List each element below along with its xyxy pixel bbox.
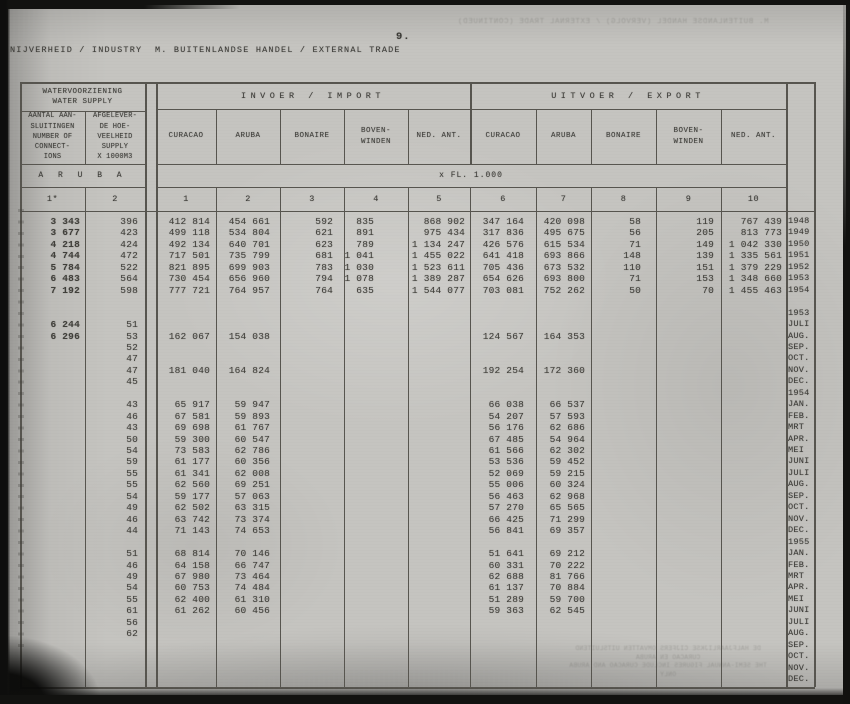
row-label: SEP. <box>788 491 815 502</box>
table-cell: 45 <box>85 376 138 387</box>
table-cell: 59 300 <box>156 434 210 445</box>
row-label: JULI <box>788 468 815 479</box>
table-line <box>216 187 217 687</box>
table-cell: 347 164 <box>470 216 524 227</box>
table-line <box>536 187 537 687</box>
table-cell: 703 081 <box>470 285 524 296</box>
table-row: 4667 58159 89354 20757 593FEB. <box>8 411 838 422</box>
table-cell: 43 <box>85 422 138 433</box>
table-cell: 73 374 <box>216 514 270 525</box>
table-cell: 60 356 <box>216 456 270 467</box>
table-cell: 65 917 <box>156 399 210 410</box>
table-cell: 54 <box>85 445 138 456</box>
col-number-10: 10 <box>721 187 786 211</box>
unit-label: x FL. 1.000 <box>156 164 786 187</box>
photo-edge-right <box>843 0 850 704</box>
table-cell: 752 262 <box>536 285 585 296</box>
table-cell: 764 957 <box>216 285 270 296</box>
col-number-8: 8 <box>591 187 656 211</box>
table-line <box>20 111 145 112</box>
table-cell: 6 244 <box>20 319 80 330</box>
col-header-import-bonaire: BONAIRE <box>280 109 344 164</box>
table-row: 62AUG. <box>8 628 838 639</box>
table-cell: 59 <box>85 456 138 467</box>
table-cell: 6 483 <box>20 273 80 284</box>
table-cell: 164 353 <box>536 331 585 342</box>
table-row: 3 677423499 118534 804621891975 434317 8… <box>8 227 838 238</box>
table-cell: 681 <box>280 250 333 261</box>
table-cell: 69 251 <box>216 479 270 490</box>
table-cell: 891 <box>344 227 374 238</box>
table-row: 4365 91759 94766 03866 537JAN. <box>8 399 838 410</box>
table-line <box>408 187 409 687</box>
table-cell: 59 363 <box>470 605 524 616</box>
row-label: SEP. <box>788 342 815 353</box>
table-cell: 62 786 <box>216 445 270 456</box>
table-cell: 640 701 <box>216 239 270 250</box>
table-line <box>721 187 722 687</box>
table-cell: 62 302 <box>536 445 585 456</box>
row-label: OCT. <box>788 502 815 513</box>
table-cell: 55 006 <box>470 479 524 490</box>
table-cell: 62 502 <box>156 502 210 513</box>
table-cell: 44 <box>85 525 138 536</box>
table-cell: 172 360 <box>536 365 585 376</box>
row-label: 1951 <box>788 250 815 261</box>
col-number-3: 3 <box>280 187 344 211</box>
table-row: 5 784522821 895699 9037831 0301 523 6117… <box>8 262 838 273</box>
photo-edge-bottom <box>0 695 850 704</box>
table-cell: 62 686 <box>536 422 585 433</box>
table-cell: 641 418 <box>470 250 524 261</box>
table-cell: 181 040 <box>156 365 210 376</box>
table-cell: 46 <box>85 411 138 422</box>
table-cell: 705 436 <box>470 262 524 273</box>
table-cell: 1 335 561 <box>721 250 782 261</box>
table-cell: 1 134 247 <box>408 239 465 250</box>
table-cell: 635 <box>344 285 374 296</box>
table-cell: 62 400 <box>156 594 210 605</box>
bleedthrough-line-2: THE SEMI-ANNUAL FIGURES INCLUDE CURACAO … <box>568 662 768 679</box>
table-cell: 412 814 <box>156 216 210 227</box>
table-line <box>656 109 657 164</box>
row-label: MRT <box>788 422 815 433</box>
table-cell: 70 <box>656 285 714 296</box>
table-line <box>156 187 786 188</box>
table-cell: 54 <box>85 491 138 502</box>
table-row: 52SEP. <box>8 342 838 353</box>
table-line <box>20 211 815 212</box>
table-row: 5562 40061 31051 28959 700MEI <box>8 594 838 605</box>
bleedthrough-bottom-text: DE HALFJAARLIJKSE CIJFERS OMVATTEN UITSL… <box>568 645 768 679</box>
export-title: UITVOER / EXPORT <box>470 84 786 108</box>
table-cell: 764 <box>280 285 333 296</box>
table-cell: 66 425 <box>470 514 524 525</box>
table-line <box>156 164 786 165</box>
table-line <box>344 109 345 164</box>
col-header-export-bonaire: BONAIRE <box>591 109 656 164</box>
table-cell: 835 <box>344 216 374 227</box>
table-cell: 55 <box>85 479 138 490</box>
col-header-export-ned-ant: NED. ANT. <box>721 109 786 164</box>
table-cell: 70 884 <box>536 582 585 593</box>
row-label: APR. <box>788 434 815 445</box>
table-line <box>408 109 409 164</box>
table-cell: 139 <box>656 250 714 261</box>
table-cell: 205 <box>656 227 714 238</box>
table-cell: 56 463 <box>470 491 524 502</box>
table-cell: 1 078 <box>344 273 374 284</box>
table-cell: 51 <box>85 319 138 330</box>
table-row: 5168 81470 14651 64169 212JAN. <box>8 548 838 559</box>
table-cell: 151 <box>656 262 714 273</box>
table-row: 3 343396412 814454 661592835868 902347 1… <box>8 216 838 227</box>
table-cell: 61 767 <box>216 422 270 433</box>
table-cell: 6 296 <box>20 331 80 342</box>
col-header-import-aruba: ARUBA <box>216 109 280 164</box>
table-cell: 59 177 <box>156 491 210 502</box>
table-cell: 43 <box>85 399 138 410</box>
table-line <box>470 187 471 687</box>
import-title: INVOER / IMPORT <box>156 84 470 108</box>
table-cell: 50 <box>85 434 138 445</box>
table-cell: 654 626 <box>470 273 524 284</box>
table-cell: 53 536 <box>470 456 524 467</box>
table-cell: 621 <box>280 227 333 238</box>
table-cell: 1 348 660 <box>721 273 782 284</box>
table-cell: 110 <box>591 262 641 273</box>
table-cell: 46 <box>85 514 138 525</box>
table-cell: 162 067 <box>156 331 210 342</box>
table-cell: 1 041 <box>344 250 374 261</box>
table-cell: 153 <box>656 273 714 284</box>
table-cell: 61 177 <box>156 456 210 467</box>
table-cell: 699 903 <box>216 262 270 273</box>
table-row: 4 744472717 501735 7996811 0411 455 0226… <box>8 250 838 261</box>
table-cell: 74 653 <box>216 525 270 536</box>
table-cell: 767 439 <box>721 216 782 227</box>
table-cell: 47 <box>85 353 138 364</box>
table-cell: 55 <box>85 594 138 605</box>
table-cell: 789 <box>344 239 374 250</box>
table-row: 5473 58362 78661 56662 302MEI <box>8 445 838 456</box>
table-cell: 148 <box>591 250 641 261</box>
col-header-import-bovenwinden: BOVEN- WINDEN <box>344 109 408 164</box>
table-cell: 57 593 <box>536 411 585 422</box>
table-line <box>280 187 281 687</box>
table-cell: 53 <box>85 331 138 342</box>
row-label: 1955 <box>788 537 815 548</box>
table-row: 1955 <box>8 537 838 548</box>
row-label: DEC. <box>788 376 815 387</box>
table-cell: 522 <box>85 262 138 273</box>
row-label: AUG. <box>788 628 815 639</box>
table-cell: 51 <box>85 548 138 559</box>
table-cell: 59 215 <box>536 468 585 479</box>
table-row: 4 218424492 134640 7016237891 134 247426… <box>8 239 838 250</box>
table-cell: 62 968 <box>536 491 585 502</box>
table-cell: 73 583 <box>156 445 210 456</box>
table-cell: 60 331 <box>470 560 524 571</box>
table-cell: 66 038 <box>470 399 524 410</box>
row-label: 1953 <box>788 308 815 319</box>
table-cell: 1 030 <box>344 262 374 273</box>
col-number-5: 5 <box>408 187 470 211</box>
table-cell: 454 661 <box>216 216 270 227</box>
table-cell: 59 893 <box>216 411 270 422</box>
row-label: NOV. <box>788 365 815 376</box>
table-cell: 70 222 <box>536 560 585 571</box>
table-cell: 598 <box>85 285 138 296</box>
row-label: MEI <box>788 594 815 605</box>
col-header-import-curacao: CURACAO <box>156 109 216 164</box>
table-cell: 592 <box>280 216 333 227</box>
table-cell: 1 523 611 <box>408 262 465 273</box>
table-row: 47181 040164 824192 254172 360NOV. <box>8 365 838 376</box>
table-cell: 46 <box>85 560 138 571</box>
table-row: 5562 56069 25155 00660 324AUG. <box>8 479 838 490</box>
table-cell: 3 343 <box>20 216 80 227</box>
region-label-aruba: A R U B A <box>20 164 145 187</box>
table-cell: 64 158 <box>156 560 210 571</box>
table-row: 1954 <box>8 388 838 399</box>
table-cell: 1 389 287 <box>408 273 465 284</box>
table-cell: 1 042 330 <box>721 239 782 250</box>
table-cell: 71 <box>591 239 641 250</box>
table-cell: 56 841 <box>470 525 524 536</box>
table-row: 5460 75374 48461 13770 884APR. <box>8 582 838 593</box>
table-cell: 61 566 <box>470 445 524 456</box>
table-row: 1953 <box>8 308 838 319</box>
col-header-connections: AANTAL AAN- SLUITINGEN NUMBER OF CONNECT… <box>21 111 84 163</box>
table-cell: 81 766 <box>536 571 585 582</box>
water-supply-title: WATERVOORZIENING WATER SUPPLY <box>20 84 145 110</box>
table-cell: 60 547 <box>216 434 270 445</box>
table-line <box>20 82 815 84</box>
col-number-9: 9 <box>656 187 721 211</box>
table-line <box>216 109 217 164</box>
table-cell: 57 270 <box>470 502 524 513</box>
table-line <box>470 82 472 164</box>
table-cell: 426 576 <box>470 239 524 250</box>
table-cell: 52 <box>85 342 138 353</box>
table-row: 7 192598777 721764 9577646351 544 077703… <box>8 285 838 296</box>
table-cell: 164 824 <box>216 365 270 376</box>
table-cell: 975 434 <box>408 227 465 238</box>
table-cell: 61 262 <box>156 605 210 616</box>
table-row: 5059 30060 54767 48554 964APR. <box>8 434 838 445</box>
table-cell: 62 545 <box>536 605 585 616</box>
col-header-supply: AFGELEVER- DE HOE- VEELHEID SUPPLY X 100… <box>86 111 144 163</box>
row-label: MEI <box>788 445 815 456</box>
table-line <box>656 187 657 687</box>
table-cell: 717 501 <box>156 250 210 261</box>
bleedthrough-line-1: DE HALFJAARLIJKSE CIJFERS OMVATTEN UITSL… <box>568 645 768 662</box>
col-number-7: 7 <box>536 187 591 211</box>
table-cell: 47 <box>85 365 138 376</box>
table-line <box>156 82 158 687</box>
row-label: FEB. <box>788 560 815 571</box>
table-cell: 1 455 022 <box>408 250 465 261</box>
row-label: 1954 <box>788 388 815 399</box>
row-label: 1953 <box>788 273 815 284</box>
col-header-export-bovenwinden: BOVEN- WINDEN <box>656 109 721 164</box>
table-cell: 4 218 <box>20 239 80 250</box>
row-label: JULI <box>788 617 815 628</box>
table-cell: 66 747 <box>216 560 270 571</box>
table-cell: 396 <box>85 216 138 227</box>
col-header-export-aruba: ARUBA <box>536 109 591 164</box>
table-line <box>591 109 592 164</box>
table-cell: 54 207 <box>470 411 524 422</box>
table-row: 47OCT. <box>8 353 838 364</box>
table-cell: 57 063 <box>216 491 270 502</box>
table-line <box>536 109 537 164</box>
row-label: NOV. <box>788 514 815 525</box>
table-cell: 777 721 <box>156 285 210 296</box>
table-row: 5961 17760 35653 53659 452JUNI <box>8 456 838 467</box>
table-cell: 424 <box>85 239 138 250</box>
row-label: JUNI <box>788 605 815 616</box>
row-label: DEC. <box>788 674 815 685</box>
table-cell: 49 <box>85 571 138 582</box>
table-cell: 534 804 <box>216 227 270 238</box>
table-cell: 51 289 <box>470 594 524 605</box>
table-cell: 74 484 <box>216 582 270 593</box>
table-cell: 813 773 <box>721 227 782 238</box>
table-row: 4664 15866 74760 33170 222FEB. <box>8 560 838 571</box>
table-cell: 56 176 <box>470 422 524 433</box>
table-cell: 730 454 <box>156 273 210 284</box>
table-line <box>145 82 147 687</box>
row-label: JUNI <box>788 456 815 467</box>
table-cell: 69 357 <box>536 525 585 536</box>
table-row: 6 29653162 067154 038124 567164 353AUG. <box>8 331 838 342</box>
table-cell: 63 315 <box>216 502 270 513</box>
table-cell: 423 <box>85 227 138 238</box>
table-cell: 1 544 077 <box>408 285 465 296</box>
col-number-6: 6 <box>470 187 536 211</box>
row-label: JAN. <box>788 548 815 559</box>
table-cell: 71 299 <box>536 514 585 525</box>
table-cell: 67 980 <box>156 571 210 582</box>
binding-edge-left <box>0 0 10 704</box>
row-label: 1948 <box>788 216 815 227</box>
row-label: 1949 <box>788 227 815 238</box>
table-line <box>85 187 86 687</box>
table-cell: 62 688 <box>470 571 524 582</box>
col-number-1s: 1* <box>20 187 85 211</box>
table-cell: 564 <box>85 273 138 284</box>
table-cell: 49 <box>85 502 138 513</box>
table-cell: 1 455 463 <box>721 285 782 296</box>
row-label: 1950 <box>788 239 815 250</box>
table-cell: 693 866 <box>536 250 585 261</box>
table-line <box>591 187 592 687</box>
table-cell: 54 964 <box>536 434 585 445</box>
table-cell: 54 <box>85 582 138 593</box>
table-cell: 58 <box>591 216 641 227</box>
table-line <box>344 187 345 687</box>
table-row: 4663 74273 37466 42571 299NOV. <box>8 514 838 525</box>
table-cell: 56 <box>85 617 138 628</box>
table-row: 6161 26260 45659 36362 545JUNI <box>8 605 838 616</box>
table-cell: 59 700 <box>536 594 585 605</box>
table-cell: 149 <box>656 239 714 250</box>
row-label: JULI <box>788 319 815 330</box>
page: M. BUITENLANDSE HANDEL (VERVOLG) / EXTER… <box>8 4 846 698</box>
table-cell: 61 341 <box>156 468 210 479</box>
left-edge-smudges <box>18 209 24 649</box>
row-label: SEP. <box>788 640 815 651</box>
table-cell: 55 <box>85 468 138 479</box>
table-row: 4471 14374 65356 84169 357DEC. <box>8 525 838 536</box>
table-line <box>814 82 816 687</box>
data-table: WATERVOORZIENING WATER SUPPLY AANTAL AAN… <box>8 4 846 698</box>
table-cell: 66 537 <box>536 399 585 410</box>
table-cell: 52 069 <box>470 468 524 479</box>
table-cell: 71 143 <box>156 525 210 536</box>
table-cell: 5 784 <box>20 262 80 273</box>
table-cell: 735 799 <box>216 250 270 261</box>
row-label: OCT. <box>788 353 815 364</box>
table-row: 45DEC. <box>8 376 838 387</box>
table-row: 4369 69861 76756 17662 686MRT <box>8 422 838 433</box>
table-cell: 623 <box>280 239 333 250</box>
table-cell: 59 947 <box>216 399 270 410</box>
table-row: 4962 50263 31557 27065 565OCT. <box>8 502 838 513</box>
photo-edge-top-left <box>0 0 240 9</box>
row-label: AUG. <box>788 331 815 342</box>
table-cell: 56 <box>591 227 641 238</box>
table-cell: 61 310 <box>216 594 270 605</box>
table-cell: 62 008 <box>216 468 270 479</box>
table-row: 56JULI <box>8 617 838 628</box>
table-cell: 3 677 <box>20 227 80 238</box>
row-label: NOV. <box>788 663 815 674</box>
table-row: 4967 98073 46462 68881 766MRT <box>8 571 838 582</box>
table-cell: 61 137 <box>470 582 524 593</box>
row-label: 1952 <box>788 262 815 273</box>
table-cell: 673 532 <box>536 262 585 273</box>
table-cell: 73 464 <box>216 571 270 582</box>
table-cell: 60 456 <box>216 605 270 616</box>
col-number-2: 2 <box>216 187 280 211</box>
table-row: 5459 17757 06356 46362 968SEP. <box>8 491 838 502</box>
scanned-page-photo: M. BUITENLANDSE HANDEL (VERVOLG) / EXTER… <box>0 0 850 704</box>
table-cell: 495 675 <box>536 227 585 238</box>
row-label: 1954 <box>788 285 815 296</box>
table-cell: 472 <box>85 250 138 261</box>
table-cell: 70 146 <box>216 548 270 559</box>
table-cell: 7 192 <box>20 285 80 296</box>
table-cell: 62 560 <box>156 479 210 490</box>
col-number-1: 1 <box>156 187 216 211</box>
row-label: JAN. <box>788 399 815 410</box>
table-cell: 499 118 <box>156 227 210 238</box>
table-cell: 67 581 <box>156 411 210 422</box>
table-cell: 4 744 <box>20 250 80 261</box>
table-cell: 65 565 <box>536 502 585 513</box>
table-cell: 69 212 <box>536 548 585 559</box>
table-cell: 154 038 <box>216 331 270 342</box>
table-cell: 1 379 229 <box>721 262 782 273</box>
row-label: FEB. <box>788 411 815 422</box>
row-label: OCT. <box>788 651 815 662</box>
table-cell: 656 960 <box>216 273 270 284</box>
table-cell: 821 895 <box>156 262 210 273</box>
table-cell: 69 698 <box>156 422 210 433</box>
